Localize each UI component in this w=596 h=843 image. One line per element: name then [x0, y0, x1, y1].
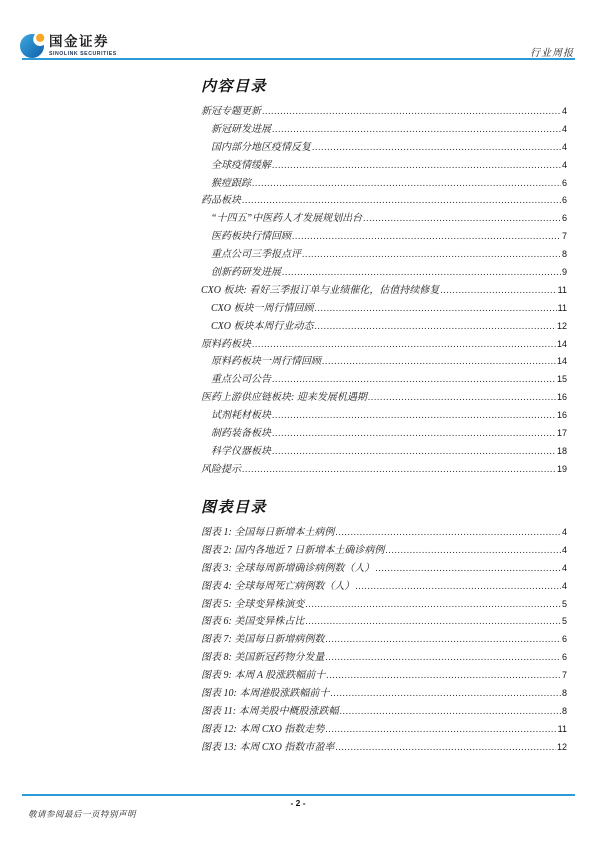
toc-entry-page-number: 16	[557, 389, 567, 407]
brand: 国金证券 SINOLINK SECURITIES	[49, 35, 117, 57]
toc-entry-row: 原料药板块一周行情回顾14	[201, 351, 567, 369]
toc-entry-page-number: 4	[562, 139, 567, 157]
figure-entry-label: 图表 10: 本周港股涨跌幅前十	[201, 685, 329, 703]
toc-entry-label: 原料药板块	[201, 336, 251, 354]
figure-entry-row: 图表 3: 全球每周新增确诊病例数（人）4	[201, 558, 567, 576]
figure-entry-row: 图表 1: 全国每日新增本土病例4	[201, 522, 567, 540]
toc-entry-page-number: 4	[562, 103, 567, 121]
figure-entry-page-number: 4	[562, 560, 567, 578]
toc-entry-row: 试剂耗材板块16	[201, 405, 567, 423]
figure-entry-label: 图表 3: 全球每周新增确诊病例数（人）	[201, 560, 374, 578]
toc-entry-page-number: 12	[557, 318, 567, 336]
toc-entry-page-number: 15	[557, 371, 567, 389]
toc-entry-page-number: 8	[562, 246, 567, 264]
toc-entry-row: 新冠研发进展4	[201, 119, 567, 137]
contents-directory: 内容目录 新冠专题更新4新冠研发进展4国内部分地区疫情反复4全球疫情缓解4猴痘跟…	[201, 79, 567, 477]
toc-entry-page-number: 6	[562, 175, 567, 193]
toc-entry-label: 试剂耗材板块	[211, 407, 271, 425]
figure-entry-label: 图表 11: 本周美股中概股涨跌幅	[201, 703, 339, 721]
figure-entry-row: 图表 4: 全球每周死亡病例数（人）4	[201, 576, 567, 594]
toc-entry-row: CXO 板块: 看好三季报订单与业绩催化，估值持续修复11	[201, 280, 567, 298]
header-divider	[22, 58, 575, 60]
toc-entry-row: CXO 板块一周行情回顾11	[201, 298, 567, 316]
toc-entry-label: 创新药研发进展	[211, 264, 281, 282]
figure-entry-row: 图表 9: 本周 A 股涨跌幅前十7	[201, 665, 567, 683]
toc-entry-page-number: 19	[557, 461, 567, 479]
figure-entry-row: 图表 6: 美国变异株占比5	[201, 611, 567, 629]
toc-entry-label: 制药装备板块	[211, 425, 271, 443]
toc-entry-page-number: 16	[557, 407, 567, 425]
dot-leader	[242, 459, 556, 479]
toc-entry-label: 医药板块行情回顾	[211, 228, 291, 246]
toc-entry-page-number: 4	[562, 121, 567, 139]
toc-entry-page-number: 14	[557, 336, 567, 354]
toc-entry-row: 风险提示19	[201, 459, 567, 477]
toc-entry-page-number: 18	[557, 443, 567, 461]
toc-title: 内容目录	[201, 79, 567, 96]
dot-leader	[335, 737, 556, 757]
figure-entry-label: 图表 9: 本周 A 股涨跌幅前十	[201, 667, 325, 685]
toc-entry-row: 重点公司三季报点评8	[201, 244, 567, 262]
figure-entry-page-number: 4	[562, 542, 567, 560]
figure-entry-page-number: 12	[557, 739, 567, 757]
toc-entry-page-number: 11	[558, 282, 567, 300]
toc-entry-row: 药品板块6	[201, 190, 567, 208]
figure-entry-page-number: 8	[562, 703, 567, 721]
toc-entry-row: 猴痘跟踪6	[201, 173, 567, 191]
figure-entry-label: 图表 12: 本周 CXO 指数走势	[201, 721, 324, 739]
figure-entry-label: 图表 13: 本周 CXO 指数市盈率	[201, 739, 334, 757]
figure-entry-label: 图表 2: 国内各地近 7 日新增本土确诊病例	[201, 542, 384, 560]
figure-entry-page-number: 11	[558, 721, 567, 739]
toc-entry-label: 风险提示	[201, 461, 241, 479]
figure-entry-page-number: 8	[562, 685, 567, 703]
toc-entry-row: 新冠专题更新4	[201, 101, 567, 119]
toc-entry-row: 国内部分地区疫情反复4	[201, 137, 567, 155]
disclaimer-note: 敬请参阅最后一页特别声明	[28, 808, 136, 820]
figure-entry-row: 图表 7: 美国每日新增病例数6	[201, 629, 567, 647]
toc-entry-row: 原料药板块14	[201, 334, 567, 352]
toc-list: 新冠专题更新4新冠研发进展4国内部分地区疫情反复4全球疫情缓解4猴痘跟踪6药品板…	[201, 101, 567, 477]
toc-entry-row: “十四五”中医药人才发展规划出台6	[201, 208, 567, 226]
figure-entry-label: 图表 1: 全国每日新增本土病例	[201, 524, 334, 542]
toc-entry-row: 全球疫情缓解4	[201, 155, 567, 173]
toc-entry-row: 创新药研发进展9	[201, 262, 567, 280]
toc-entry-label: 新冠专题更新	[201, 103, 261, 121]
toc-entry-page-number: 17	[557, 425, 567, 443]
toc-entry-page-number: 6	[562, 210, 567, 228]
toc-entry-label: 重点公司公告	[211, 371, 271, 389]
figure-entry-page-number: 6	[562, 631, 567, 649]
figure-entry-page-number: 6	[562, 649, 567, 667]
figure-entry-row: 图表 10: 本周港股涨跌幅前十8	[201, 683, 567, 701]
figures-title: 图表目录	[201, 500, 567, 517]
toc-entry-label: CXO 板块一周行情回顾	[211, 300, 314, 318]
toc-entry-label: 新冠研发进展	[211, 121, 271, 139]
figure-entry-row: 图表 5: 全球变异株演变5	[201, 594, 567, 612]
footer-divider	[22, 794, 575, 796]
toc-entry-page-number: 7	[562, 228, 567, 246]
toc-entry-page-number: 14	[557, 353, 567, 371]
brand-name-cn: 国金证券	[49, 35, 117, 49]
toc-entry-row: 制药装备板块17	[201, 423, 567, 441]
figure-entry-page-number: 4	[562, 524, 567, 542]
toc-entry-row: 科学仪器板块18	[201, 441, 567, 459]
toc-entry-label: 药品板块	[201, 192, 241, 210]
figure-entry-page-number: 5	[562, 596, 567, 614]
figure-entry-page-number: 5	[562, 613, 567, 631]
toc-entry-row: 重点公司公告15	[201, 369, 567, 387]
toc-entry-row: CXO 板块本周行业动态12	[201, 316, 567, 334]
figure-entry-label: 图表 7: 美国每日新增病例数	[201, 631, 324, 649]
figure-entry-row: 图表 13: 本周 CXO 指数市盈率12	[201, 737, 567, 755]
figure-entry-label: 图表 8: 美国新冠药物分发量	[201, 649, 324, 667]
figure-entry-page-number: 7	[562, 667, 567, 685]
toc-entry-page-number: 9	[562, 264, 567, 282]
figure-entry-row: 图表 11: 本周美股中概股涨跌幅8	[201, 701, 567, 719]
toc-entry-page-number: 4	[562, 157, 567, 175]
toc-entry-page-number: 11	[558, 300, 567, 318]
toc-entry-row: 医药板块行情回顾7	[201, 226, 567, 244]
report-type-label: 行业周报	[530, 44, 574, 59]
figures-directory: 图表目录 图表 1: 全国每日新增本土病例4图表 2: 国内各地近 7 日新增本…	[201, 500, 567, 755]
figure-entry-row: 图表 2: 国内各地近 7 日新增本土确诊病例4	[201, 540, 567, 558]
page-number: - 2 -	[0, 798, 596, 808]
brand-name-en: SINOLINK SECURITIES	[49, 51, 117, 57]
figures-list: 图表 1: 全国每日新增本土病例4图表 2: 国内各地近 7 日新增本土确诊病例…	[201, 522, 567, 755]
figure-entry-label: 图表 6: 美国变异株占比	[201, 613, 304, 631]
toc-entry-page-number: 6	[562, 192, 567, 210]
toc-entry-row: 医药上游供应链板块: 迎来发展机遇期16	[201, 387, 567, 405]
figure-entry-page-number: 4	[562, 578, 567, 596]
figure-entry-label: 图表 5: 全球变异株演变	[201, 596, 304, 614]
figure-entry-row: 图表 12: 本周 CXO 指数走势11	[201, 719, 567, 737]
report-page: 国金证券 SINOLINK SECURITIES 行业周报 内容目录 新冠专题更…	[0, 0, 596, 843]
figure-entry-row: 图表 8: 美国新冠药物分发量6	[201, 647, 567, 665]
